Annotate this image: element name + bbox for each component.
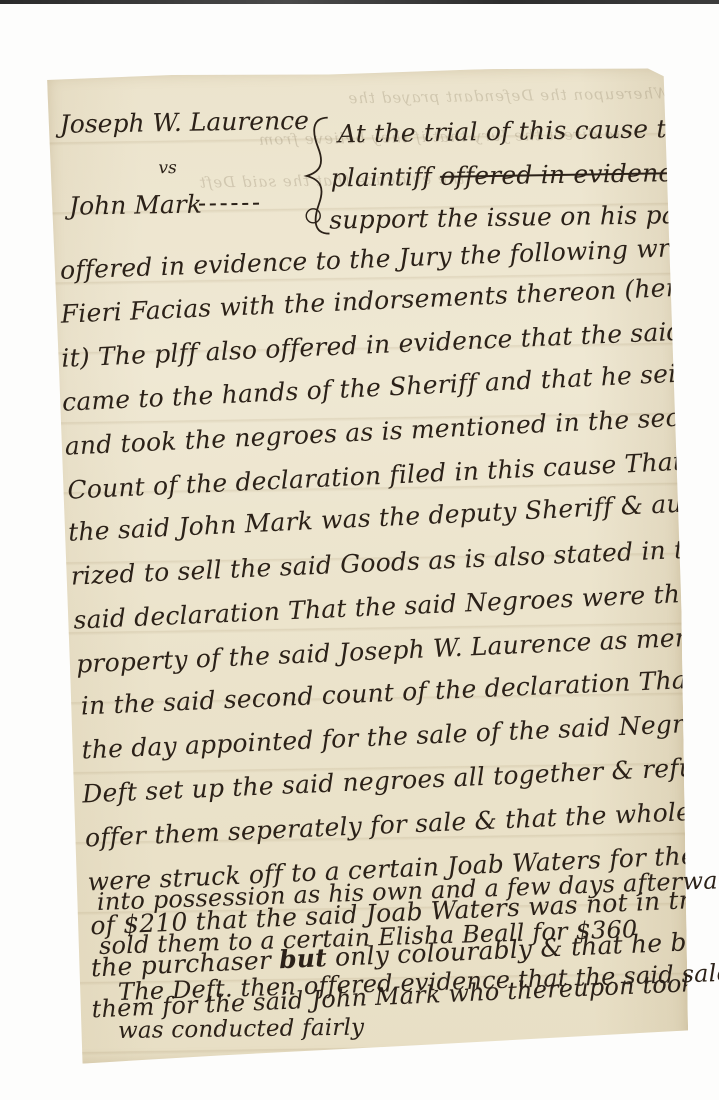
defendant-name: John Mark [69, 190, 202, 221]
opening-line: support the issue on his part [329, 200, 699, 235]
body-text: only colourably & that he bid for [326, 924, 719, 972]
caption-dash [199, 203, 259, 207]
opening-line: plaintiff offered in evidence to [330, 157, 719, 192]
plaintiff-name: Joseph W. Laurence [60, 106, 310, 139]
scanned-document-image: Whereupon the Defendant prayed the to di… [0, 0, 719, 1100]
struck-through-text: offered in evidence [440, 158, 688, 191]
top-border-strip [0, 0, 719, 4]
manuscript-page: Whereupon the Defendant prayed the to di… [47, 66, 688, 1064]
opening-text: to [687, 157, 719, 187]
opening-text: plaintiff [330, 162, 440, 193]
body-text: the purchaser [90, 945, 279, 982]
bleed-through-text: Whereupon the Defendant prayed the [347, 84, 669, 107]
opening-line: At the trial of this cause the [338, 114, 698, 149]
emphasized-word: but [278, 943, 327, 974]
versus-label: vs [158, 158, 177, 178]
